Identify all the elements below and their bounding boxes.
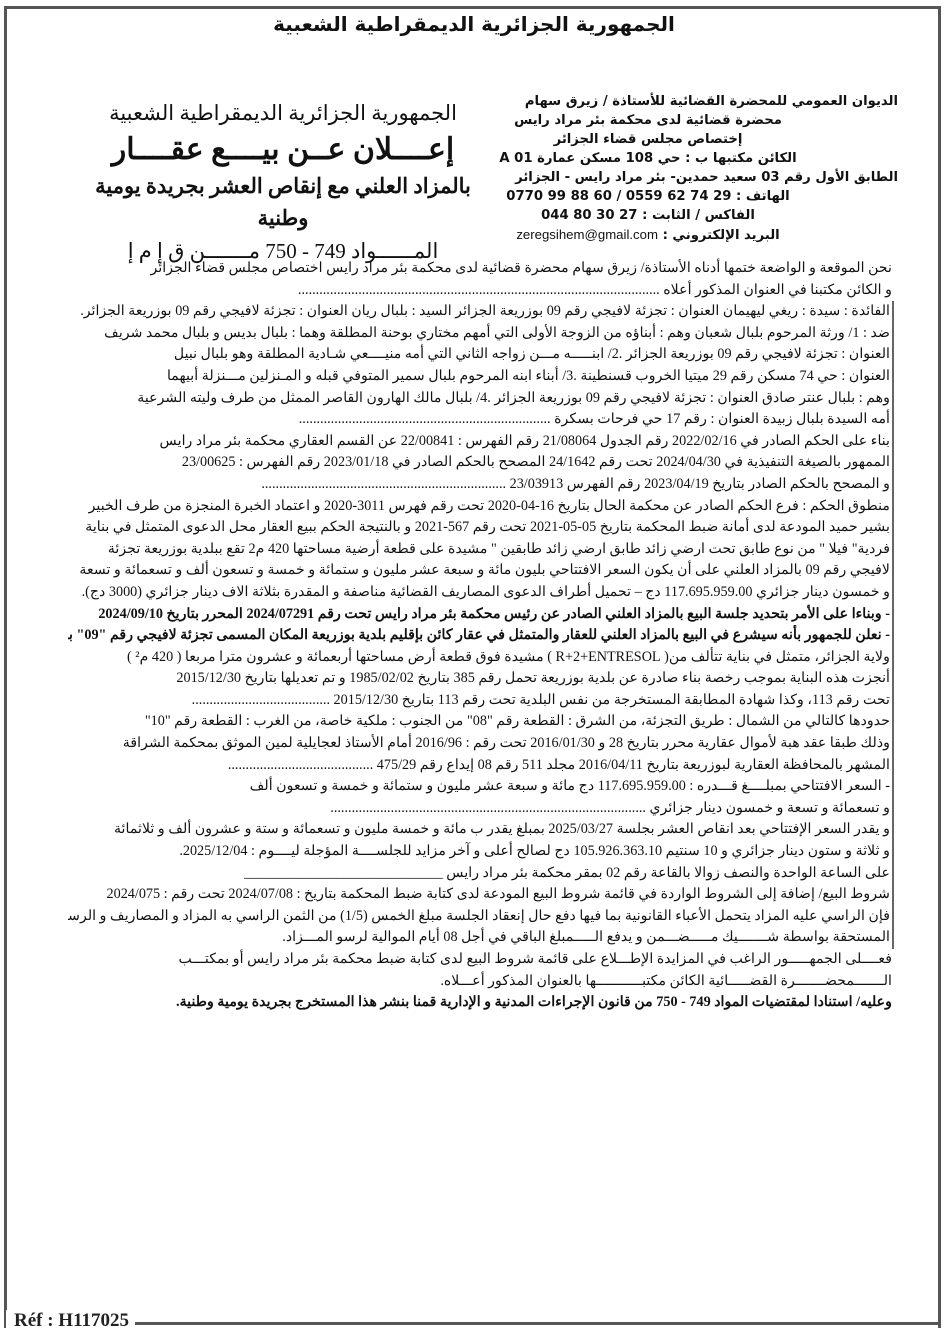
office-email-line: البريد الإلكتروني : zeregsihem@gmail.com [458,225,898,245]
body-line: و تسعمائة و تسعة و خمسون دينار جزائري ..… [68,798,894,820]
body-line: بناء على الحكم الصادر في 2022/02/16 رقم … [68,431,894,453]
body-line: و يقدر السعر الإفتتاحي بعد انقاص العشر ب… [68,819,894,841]
body-line: وهم : بلبال عنتر صادق العنوان : تجزئة لا… [68,388,894,410]
body-line: - نعلن للجمهور بأنه سيشرع في البيع بالمز… [68,625,894,647]
office-line: محضرة قضائية لدى محكمة بئر مراد رايس [458,111,898,130]
body-line: ضد : 1/ ورثة المرحوم بلبال شعبان وهم : أ… [68,323,894,345]
announcement-block: الجمهورية الجزائرية الديمقراطية الشعبية … [78,96,488,268]
body-line: ولاية الجزائر، متمثل في بناية تتألف من( … [68,647,894,669]
body-line: - وبناءا على الأمر بتحديد جلسة البيع بال… [68,604,894,626]
office-phone: الهاتف : 29 74 62 0559 / 60 88 99 0770 [458,187,898,206]
announcement-republic: الجمهورية الجزائرية الديمقراطية الشعبية [78,96,488,130]
body-line: و ثلاثة و ستون دينار جزائري و 10 سنتيم 1… [68,841,894,863]
body-line: المشهر بالمحافظة العقارية لبوزريعة بتاري… [68,755,894,777]
body-line: و المصحح بالحكم الصادر بتاريخ 2023/04/19… [68,474,894,496]
office-line: إختصاص مجلس قضاء الجزائر [458,130,898,149]
body-line: منطوق الحكم : فرع الحكم الصادر عن محكمة … [68,496,894,518]
reference-code: Réf : H117025 [6,1310,135,1332]
body-line: أنجزت هذه البناية بموجب رخصة بناء صادرة … [68,668,894,690]
body-line: شروط البيع/ إضافة إلى الشروط الواردة في … [68,884,894,906]
frame-bottom-rule [4,1322,941,1325]
office-line: الطابق الأول رقم 03 سعيد حمدين- بئر مراد… [458,168,898,187]
body-line: أمه السيدة بلبال زبيدة العنوان : رقم 17 … [68,409,894,431]
office-line: الكائن مكتبها ب : حي 108 مسكن عمارة A 01 [458,149,898,168]
body-line: فإن الراسي عليه المزاد يتحمل الأعباء الق… [68,906,894,928]
announcement-subtitle: بالمزاد العلني مع إنقاص العشر بجريدة يوم… [78,170,488,234]
body-line: المستحقة بواسطة شـــــــيك مـــــضـــمن … [68,927,894,949]
body-line: الممهور بالصيغة التنفيذية في 2024/04/30 … [68,452,894,474]
body-line: العنوان : تجزئة لافيجي رقم 09 بوزريعة ال… [68,344,894,366]
email-label: البريد الإلكتروني : [663,228,780,243]
announcement-headline: إعــــلان عــن بيــــع عقــــار [78,130,488,170]
bailiff-office-block: الديوان العمومي للمحضرة القضائية للأستاذ… [458,92,898,245]
office-fax: الفاكس / الثابت : 27 30 80 044 [458,206,898,225]
body-line: الـــــــمحضـــــــرة القضـــــائية الكا… [68,971,894,993]
body-line: حدودها كالتالي من الشمال : طريق التجزئة،… [68,711,894,733]
body-line: لافيجي رقم 09 بالمزاد العلني على أن يكون… [68,560,894,582]
body-line: فعــــلى الجمهـــــور الراغب في المزايدة… [68,949,894,971]
body-line: على الساعة الواحدة والنصف زوالا بالقاعة … [68,863,894,885]
body-line: و الكائن مكتبنا في العنوان المذكور أعلاه… [68,280,894,302]
body-line: تحت رقم 113، وكذا شهادة المطابقة المستخر… [68,690,894,712]
body-line-closing: وعليه/ استنادا لمقتضيات المواد 749 - 750… [68,992,894,1014]
body-line: العنوان : حي 74 مسكن رقم 29 ميتيا الخروب… [68,366,894,388]
body-line: الفائدة : سيدة : ريغي ليهيمان العنوان : … [68,301,894,323]
notice-body: نحن الموقعة و الواضعة ختمها أدناه الأستا… [68,258,894,1014]
email-link[interactable]: zeregsihem@gmail.com [516,227,658,242]
body-line: بشير حميد المودعة لدى أمانة ضبط المحكمة … [68,517,894,539]
body-line: فردية" فيلا " من نوع طابق تحت ارضي زائد … [68,539,894,561]
body-line: - السعر الافتتاحي بمبلــــغ قـــدره : 11… [68,776,894,798]
body-line: نحن الموقعة و الواضعة ختمها أدناه الأستا… [68,258,894,280]
republic-title: الجمهورية الجزائرية الديمقراطية الشعبية [0,12,948,36]
body-line: و خمسون دينار جزائري 117.695.959.00 دج –… [68,582,894,604]
body-line: وذلك طبقا عقد هبة لأموال عقارية محرر بتا… [68,733,894,755]
office-line: الديوان العمومي للمحضرة القضائية للأستاذ… [458,92,898,111]
